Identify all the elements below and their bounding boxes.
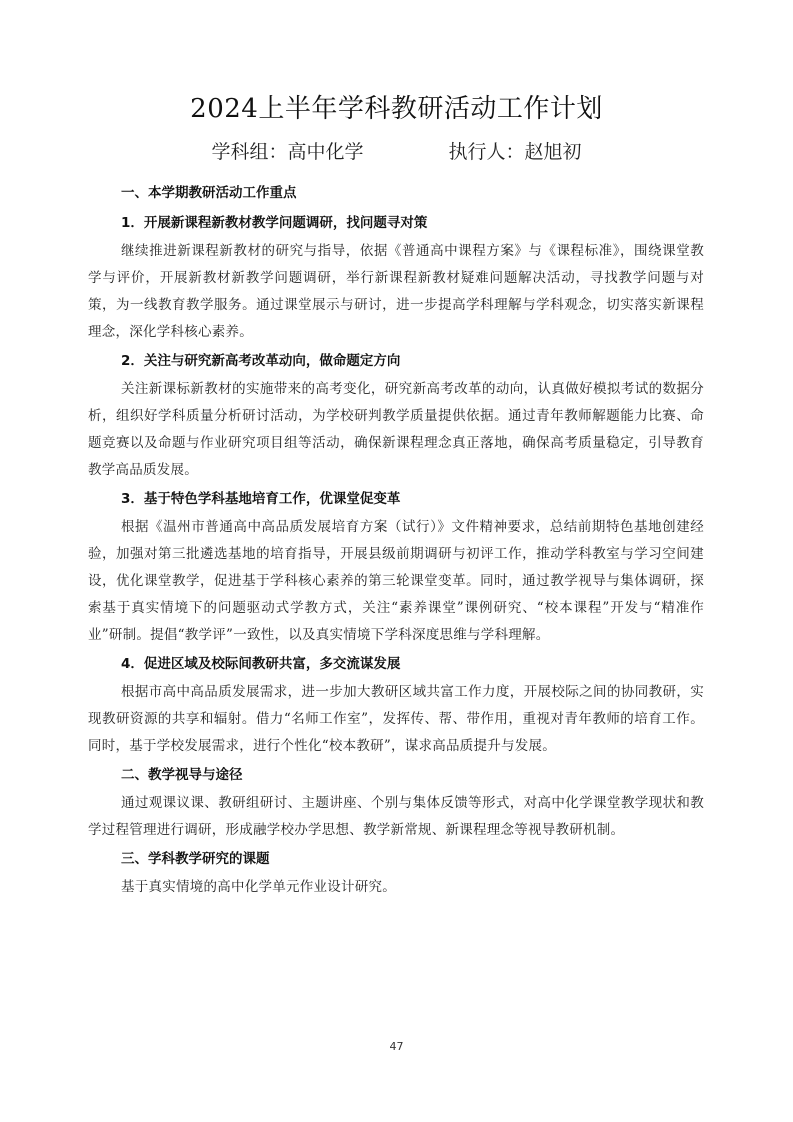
section-heading-1: 一、本学期教研活动工作重点 bbox=[121, 178, 704, 208]
section-body-2: 通过观课议课、教研组研讨、主题讲座、个别与集体反馈等形式，对高中化学课堂教学现状… bbox=[88, 790, 704, 844]
executor: 执行人：赵旭初 bbox=[449, 137, 582, 164]
page-number: 47 bbox=[0, 1040, 793, 1053]
document-title: 2024上半年学科教研活动工作计划 bbox=[0, 88, 793, 125]
subsection-body-1-1: 继续推进新课程新教材的研究与指导，依据《普通高中课程方案》与《课程标准》，围绕课… bbox=[88, 238, 704, 346]
section-body-3: 基于真实情境的高中化学单元作业设计研究。 bbox=[88, 874, 704, 901]
subsection-body-1-4: 根据市高中高品质发展需求，进一步加大教研区域共富工作力度，开展校际之间的协同教研… bbox=[88, 679, 704, 760]
section-heading-2: 二、教学视导与途径 bbox=[121, 760, 704, 790]
document-body: 一、本学期教研活动工作重点 1．开展新课程新教材教学问题调研，找问题寻对策 继续… bbox=[88, 178, 704, 901]
subsection-heading-1-1: 1．开展新课程新教材教学问题调研，找问题寻对策 bbox=[121, 208, 704, 238]
subsection-heading-1-3: 3．基于特色学科基地培育工作，优课堂促变革 bbox=[121, 484, 704, 514]
subsection-body-1-2: 关注新课标新教材的实施带来的高考变化，研究新高考改革的动向，认真做好模拟考试的数… bbox=[88, 376, 704, 484]
document-meta: 学科组：高中化学执行人：赵旭初 bbox=[0, 137, 793, 164]
subsection-heading-1-2: 2．关注与研究新高考改革动向，做命题定方向 bbox=[121, 346, 704, 376]
subsection-heading-1-4: 4．促进区域及校际间教研共富，多交流谋发展 bbox=[121, 649, 704, 679]
document-page: 2024上半年学科教研活动工作计划 学科组：高中化学执行人：赵旭初 一、本学期教… bbox=[0, 0, 793, 1122]
subject-group: 学科组：高中化学 bbox=[211, 137, 363, 164]
section-heading-3: 三、学科教学研究的课题 bbox=[121, 844, 704, 874]
subsection-body-1-3: 根据《温州市普通高中高品质发展培育方案（试行）》文件精神要求，总结前期特色基地创… bbox=[88, 514, 704, 649]
